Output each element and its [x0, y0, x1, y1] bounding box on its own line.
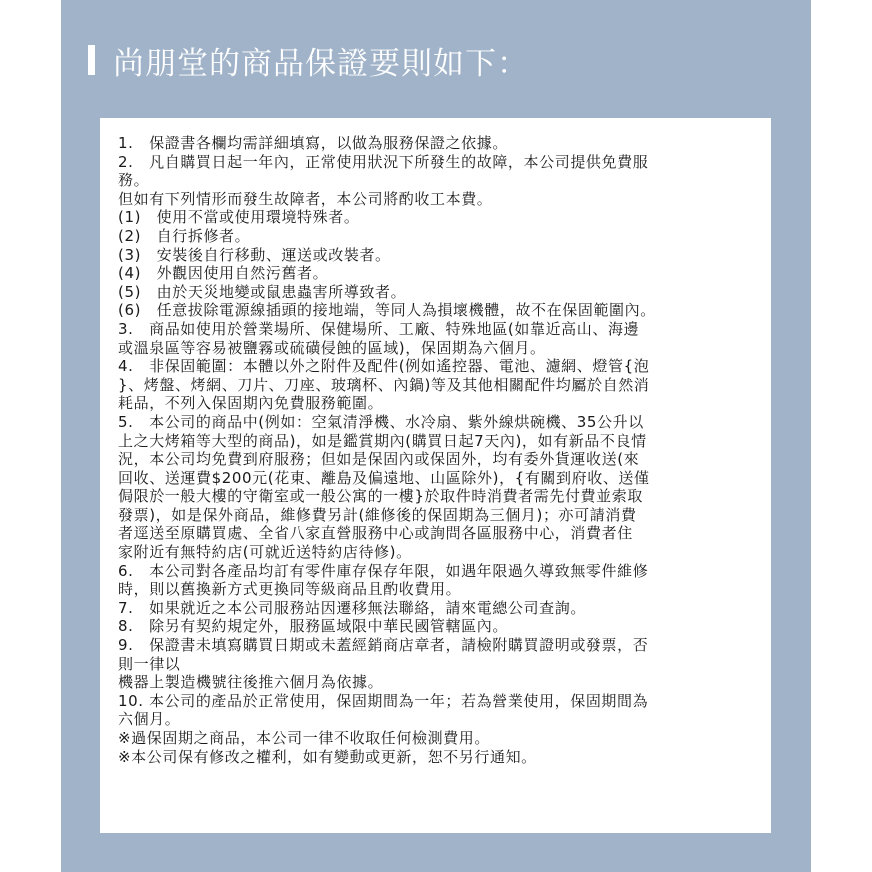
term-line: 者逕送至原購買處、全省八家直營服務中心或詢問各區服務中心，消費者住 — [118, 524, 758, 543]
term-line: (5) 由於天災地變或鼠患蟲害所導致者。 — [118, 283, 758, 302]
term-line: (6) 任意拔除電源線插頭的接地端，等同人為損壞機體，故不在保固範圍內。 — [118, 301, 758, 320]
term-line: ※過保固期之商品，本公司一律不收取任何檢測費用。 — [118, 729, 758, 748]
term-line: 侷限於一般大樓的守衛室或一般公寓的一樓}於取件時消費者需先付費並索取 — [118, 487, 758, 506]
page-header: 尚朋堂的商品保證要則如下： — [88, 40, 529, 80]
term-line: 5. 本公司的商品中(例如：空氣清淨機、水冷扇、紫外線烘碗機、35公升以 — [118, 413, 758, 432]
term-line: 回收、送運費$200元(花東、離島及偏遠地、山區除外)，{有關到府收、送僅 — [118, 469, 758, 488]
term-line: 上之大烤箱等大型的商品)，如是鑑賞期內(購買日起7天內)，如有新品不良情 — [118, 432, 758, 451]
term-line: 9. 保證書未填寫購買日期或未蓋經銷商店章者，請檢附購買證明或發票，否 — [118, 636, 758, 655]
warranty-terms-text: 1. 保證書各欄均需詳細填寫，以做為服務保證之依據。 2. 凡自購買日起一年內，… — [118, 134, 758, 766]
term-line: 2. 凡自購買日起一年內，正常使用狀況下所發生的故障，本公司提供免費服 — [118, 153, 758, 172]
term-line: 6. 本公司對各產品均訂有零件庫存保存年限，如遇年限過久導致無零件維修 — [118, 562, 758, 581]
term-line: 耗品，不列入保固期內免費服務範圍。 — [118, 394, 758, 413]
term-line: 4. 非保固範圍：本體以外之附件及配件(例如遙控器、電池、濾網、燈管{泡 — [118, 357, 758, 376]
term-line: 7. 如果就近之本公司服務站因遷移無法聯絡，請來電總公司查詢。 — [118, 599, 758, 618]
term-line: ※本公司保有修改之權利，如有變動或更新，恕不另行通知。 — [118, 748, 758, 767]
term-line: }、烤盤、烤網、刀片、刀座、玻璃杯、內鍋)等及其他相關配件均屬於自然消 — [118, 376, 758, 395]
term-line: 3. 商品如使用於營業場所、保健場所、工廠、特殊地區(如靠近高山、海邊 — [118, 320, 758, 339]
page-title: 尚朋堂的商品保證要則如下： — [113, 38, 529, 83]
term-line: 發票)，如是保外商品，維修費另計(維修後的保固期為三個月)；亦可請消費 — [118, 506, 758, 525]
term-line: 況，本公司均免費到府服務；但如是保固內或保固外，均有委外貨運收送(來 — [118, 450, 758, 469]
title-accent-bar — [88, 45, 95, 75]
background-panel: 尚朋堂的商品保證要則如下： 1. 保證書各欄均需詳細填寫，以做為服務保證之依據。… — [61, 0, 811, 872]
term-line: (1) 使用不當或使用環境特殊者。 — [118, 208, 758, 227]
term-line: 1. 保證書各欄均需詳細填寫，以做為服務保證之依據。 — [118, 134, 758, 153]
term-line: (4) 外觀因使用自然污舊者。 — [118, 264, 758, 283]
warranty-terms-card: 1. 保證書各欄均需詳細填寫，以做為服務保證之依據。 2. 凡自購買日起一年內，… — [100, 118, 771, 833]
term-line: 10. 本公司的產品於正常使用，保固期間為一年；若為營業使用，保固期間為 — [118, 692, 758, 711]
term-line: 務。 — [118, 171, 758, 190]
term-line: 時，則以舊換新方式更換同等級商品且酌收費用。 — [118, 580, 758, 599]
term-line: 機器上製造機號往後推六個月為依據。 — [118, 673, 758, 692]
term-line: 則一律以 — [118, 655, 758, 674]
term-line: (3) 安裝後自行移動、運送或改裝者。 — [118, 246, 758, 265]
term-line: (2) 自行拆修者。 — [118, 227, 758, 246]
term-line: 六個月。 — [118, 710, 758, 729]
term-line: 或溫泉區等容易被鹽霧或硫磺侵蝕的區域)，保固期為六個月。 — [118, 339, 758, 358]
term-line: 但如有下列情形而發生故障者，本公司將酌收工本費。 — [118, 190, 758, 209]
term-line: 8. 除另有契約規定外，服務區域限中華民國管轄區內。 — [118, 617, 758, 636]
term-line: 家附近有無特約店(可就近送特約店待修)。 — [118, 543, 758, 562]
